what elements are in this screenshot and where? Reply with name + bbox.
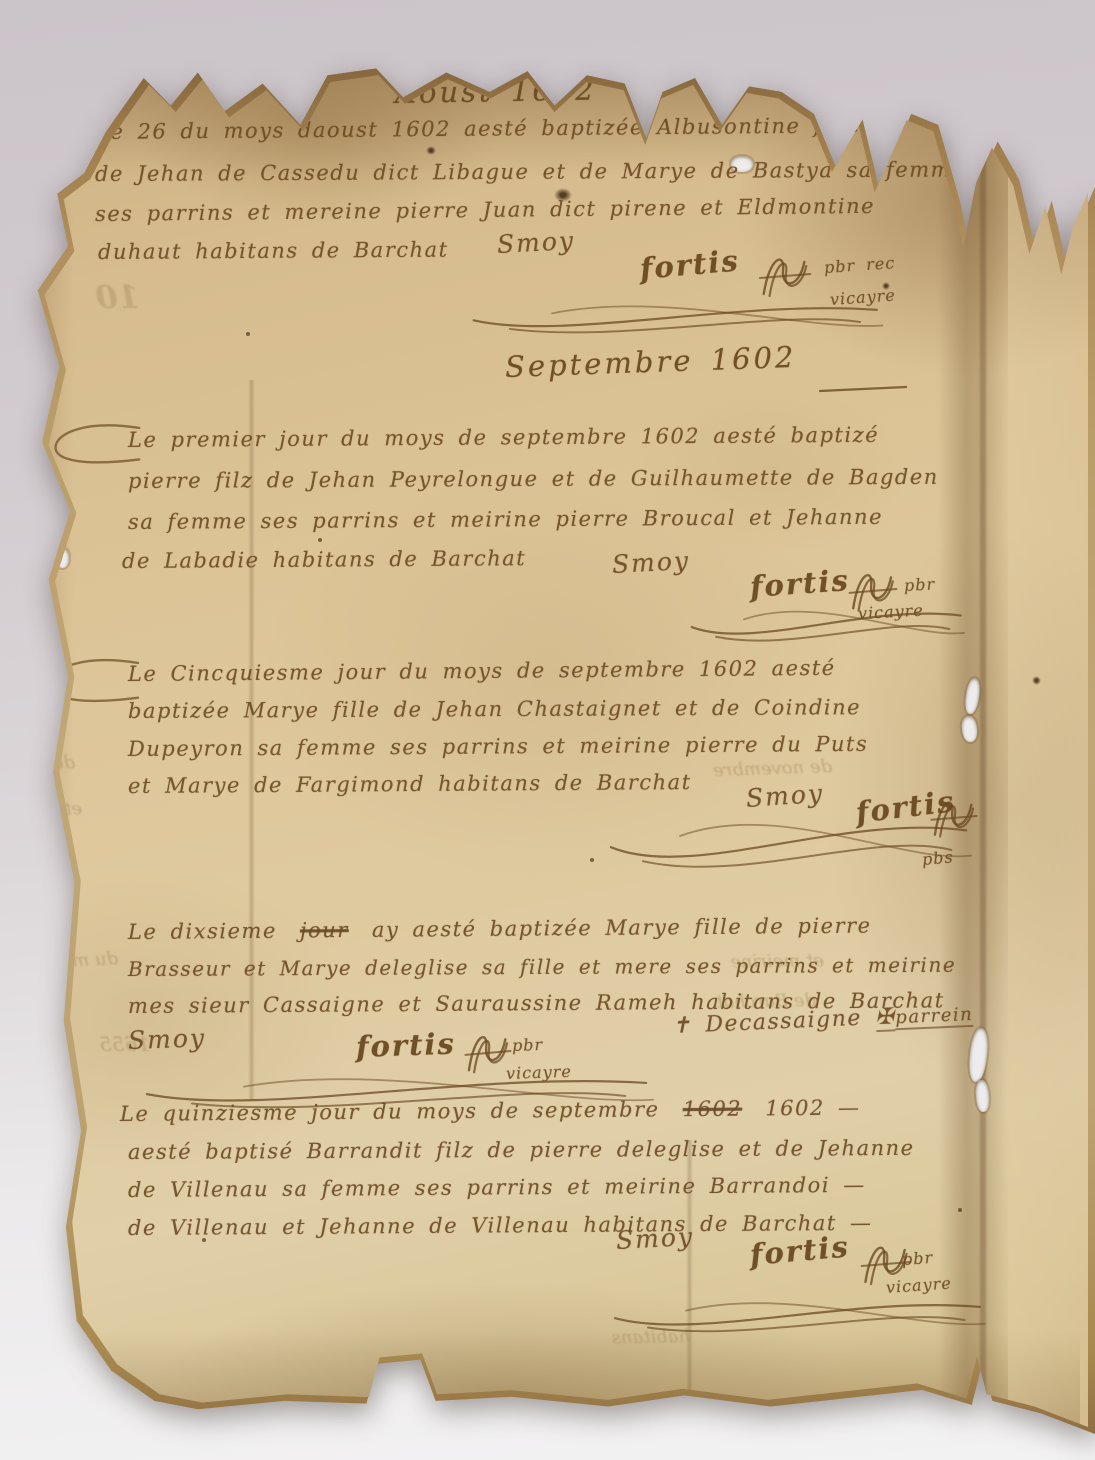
bleedthrough-ghost-line: de Jehanne (0, 752, 75, 777)
entry-5-priest-signature: fortis (749, 1229, 851, 1272)
entry-5-line-1-pre: Le quinziesme jour du moys de septembre (120, 1097, 660, 1126)
page-content-layer: 10 de Jehanne et meirine du moys de 1655… (0, 0, 1095, 1460)
fold-crease-band (938, 70, 1008, 1440)
entry-2-signature-flourish (688, 600, 968, 658)
entry-4-line-1-post: ay aesté baptizée Marye fille de pierre (372, 914, 872, 942)
witness-parrain-mark: ✠ (875, 1004, 896, 1032)
photo-backing: { "register": { "description": "Photogra… (0, 0, 1095, 1460)
entry-4-line-1: Le dixsieme jour ay aesté baptizée Marye… (128, 914, 872, 944)
entry-5-struck-year: 1602 (683, 1097, 743, 1122)
entry-2-line-2: pierre filz de Jehan Peyrelongue et de G… (128, 465, 939, 493)
entry-4-line-2: Brasseur et Marye deleglise sa fille et … (128, 953, 956, 981)
entry-1-signature-title: pbr rec (823, 253, 895, 277)
bleedthrough-ghost-line: et meirine (0, 798, 82, 822)
ink-speck (958, 1208, 962, 1212)
bleedthrough-page-number: 10 (95, 278, 140, 316)
header-trailing-dash (818, 384, 908, 394)
tear-hole (967, 1027, 990, 1082)
entry-2-line-4: de Labadie habitans de Barchat (122, 546, 526, 573)
entry-3-line-3: Dupeyron sa femme ses parrins et meirine… (128, 732, 868, 761)
ink-speck (318, 538, 322, 542)
entry-1-line-3: ses parrins et mereine pierre Juan dict … (95, 194, 875, 226)
entry-4-attestation-word: Smoy (127, 1023, 206, 1055)
entry-3-line-2: baptizée Marye fille de Jehan Chastaigne… (128, 695, 861, 723)
tear-hole (975, 1080, 990, 1113)
bleedthrough-ghost-line: de novembre (713, 756, 833, 781)
entry-2-line-1: Le premier jour du moys de septembre 160… (128, 423, 879, 452)
paper-surface: 10 de Jehanne et meirine du moys de 1655… (21, 63, 1088, 1427)
entry-5-line-1: Le quinziesme jour du moys de septembre … (120, 1096, 861, 1126)
entry-5-signature-flourish (610, 1292, 990, 1348)
ink-blot (426, 146, 436, 155)
entry-1-line-1: Le 26 du moys daoust 1602 aesté baptizée… (95, 113, 862, 144)
entry-1-signature-paraph (756, 244, 814, 304)
entry-3-line-4: et Marye de Fargimond habitans de Barcha… (128, 770, 692, 798)
entry-5-signature-title: pbr (901, 1248, 933, 1269)
entry-1-priest-signature: fortis (639, 243, 741, 286)
ink-speck (590, 858, 594, 862)
entry-2-signature-title: pbr (904, 574, 936, 595)
entry-1-signature-flourish (468, 296, 888, 348)
entry-4-struck-word: jour (300, 918, 349, 942)
adjacent-page-strip (1008, 150, 1095, 1440)
witness-cross-mark: ✝ (671, 1013, 692, 1039)
entry-1-attestation-word: Smoy (496, 226, 575, 259)
entry-1-line-2: de Jehan de Cassedu dict Libague et de M… (95, 157, 966, 186)
fold-crease-line (980, 70, 986, 1440)
entry-4-priest-signature: fortis (355, 1027, 456, 1064)
manuscript-page: 10 de Jehanne et meirine du moys de 1655… (14, 56, 1095, 1434)
entry-5-line-3: de Villenau sa femme ses parrins et meir… (128, 1173, 866, 1202)
witness-name: Decassaigne (705, 1006, 863, 1038)
witness-role: parrein (895, 1004, 974, 1030)
entry-3-line-1: Le Cincquiesme jour du moys de septembre… (128, 656, 836, 686)
entry-1-line-4: duhaut habitans de Barchat (98, 238, 449, 264)
entry-4-signature-title: pbr (512, 1035, 544, 1055)
entry-4-line-1-pre: Le dixsieme (128, 919, 277, 944)
entry-5-line-1-post: 1602 — (765, 1096, 860, 1121)
ink-speck (246, 332, 250, 336)
entry-5-attestation-word: Smoy (615, 1222, 694, 1255)
entry-3-signature-flourish (606, 808, 976, 892)
tear-hole (964, 677, 982, 714)
entry-2-attestation-word: Smoy (611, 546, 690, 579)
entry-5-line-2: aesté baptisé Barrandit filz de pierre d… (128, 1136, 915, 1164)
entry-2-line-3: sa femme ses parrins et meirine pierre B… (128, 505, 883, 534)
ink-blot (1032, 676, 1041, 685)
tear-hole (961, 715, 979, 742)
entry-5-line-4: de Villenau et Jehanne de Villenau habit… (128, 1211, 873, 1240)
bleedthrough-ghost-line: du moys de (14, 948, 119, 974)
entry-2-priest-signature: fortis (749, 563, 851, 604)
